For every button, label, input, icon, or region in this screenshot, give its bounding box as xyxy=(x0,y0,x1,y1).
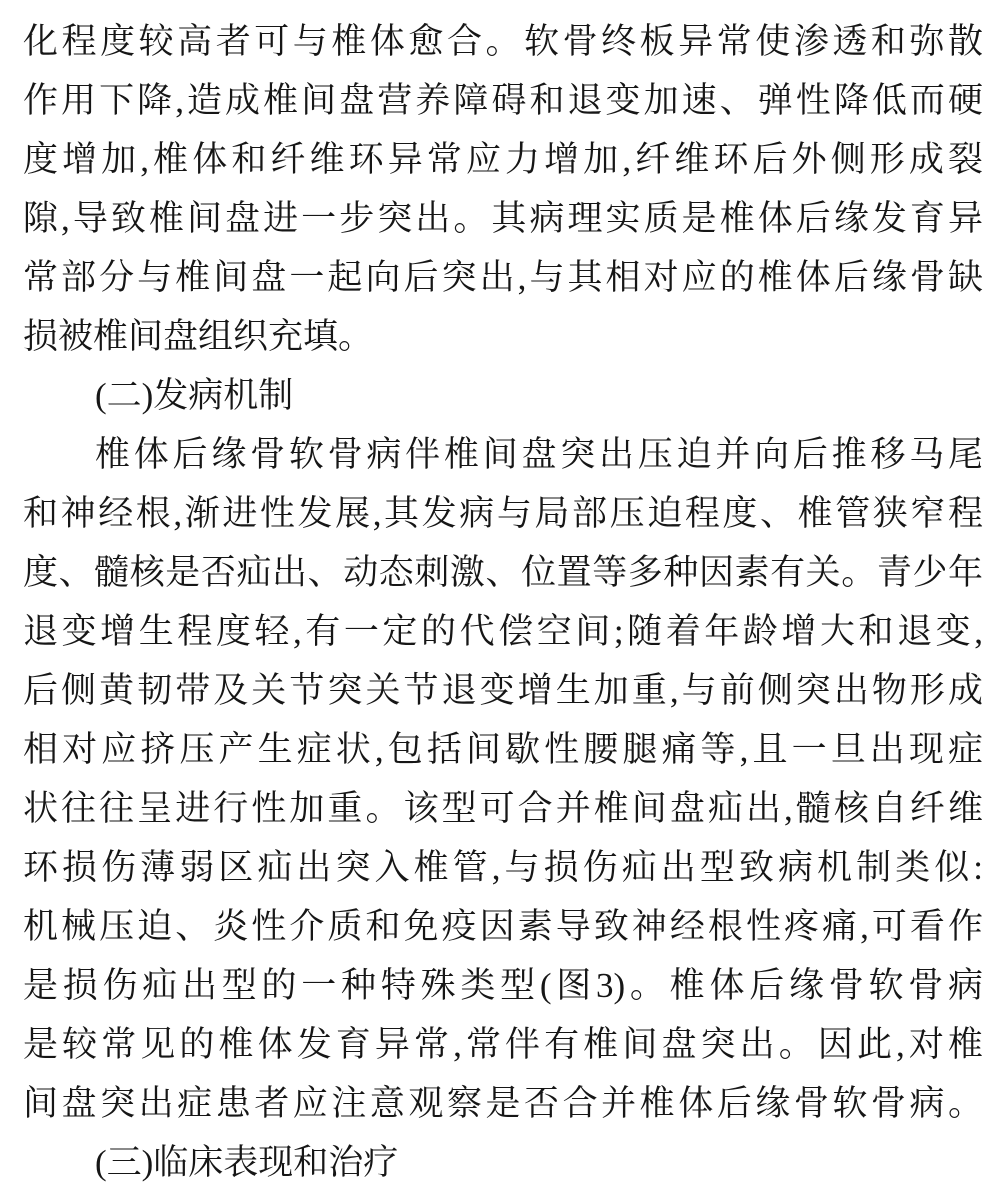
text-line: 相对应挤压产生症状,包括间歇性腰腿痛等,且一旦出现症 xyxy=(23,720,983,779)
text-line: 和神经根,渐进性发展,其发病与局部压迫程度、椎管狭窄程 xyxy=(23,484,983,543)
text-line: 机械压迫、炎性介质和免疫因素导致神经根性疼痛,可看作 xyxy=(23,897,983,956)
text-line: 度增加,椎体和纤维环异常应力增加,纤维环后外侧形成裂 xyxy=(23,130,983,189)
text-line: 状往往呈进行性加重。该型可合并椎间盘疝出,髓核自纤维 xyxy=(23,779,983,838)
text-line: 是损伤疝出型的一种特殊类型(图3)。椎体后缘骨软骨病 xyxy=(23,956,983,1015)
document-page: 化程度较高者可与椎体愈合。软骨终板异常使渗透和弥散 作用下降,造成椎间盘营养障碍… xyxy=(0,0,1003,1203)
text-line: 化程度较高者可与椎体愈合。软骨终板异常使渗透和弥散 xyxy=(23,12,983,71)
text-line: 椎体后缘骨软骨病伴椎间盘突出压迫并向后推移马尾 xyxy=(23,425,983,484)
text-line: 常部分与椎间盘一起向后突出,与其相对应的椎体后缘骨缺 xyxy=(23,248,983,307)
section-heading: (二)发病机制 xyxy=(23,366,983,425)
text-line: 作用下降,造成椎间盘营养障碍和退变加速、弹性降低而硬 xyxy=(23,71,983,130)
text-line: 退变增生程度轻,有一定的代偿空间;随着年龄增大和退变, xyxy=(23,602,983,661)
text-line: 是较常见的椎体发育异常,常伴有椎间盘突出。因此,对椎 xyxy=(23,1015,983,1074)
text-line: 隙,导致椎间盘进一步突出。其病理实质是椎体后缘发育异 xyxy=(23,189,983,248)
text-line: 间盘突出症患者应注意观察是否合并椎体后缘骨软骨病。 xyxy=(23,1074,983,1133)
text-line: 损被椎间盘组织充填。 xyxy=(23,307,983,366)
text-line: 度、髓核是否疝出、动态刺激、位置等多种因素有关。青少年 xyxy=(23,543,983,602)
text-line: 后侧黄韧带及关节突关节退变增生加重,与前侧突出物形成 xyxy=(23,661,983,720)
section-heading: (三)临床表现和治疗 xyxy=(23,1133,983,1192)
text-line: 环损伤薄弱区疝出突入椎管,与损伤疝出型致病机制类似: xyxy=(23,838,983,897)
